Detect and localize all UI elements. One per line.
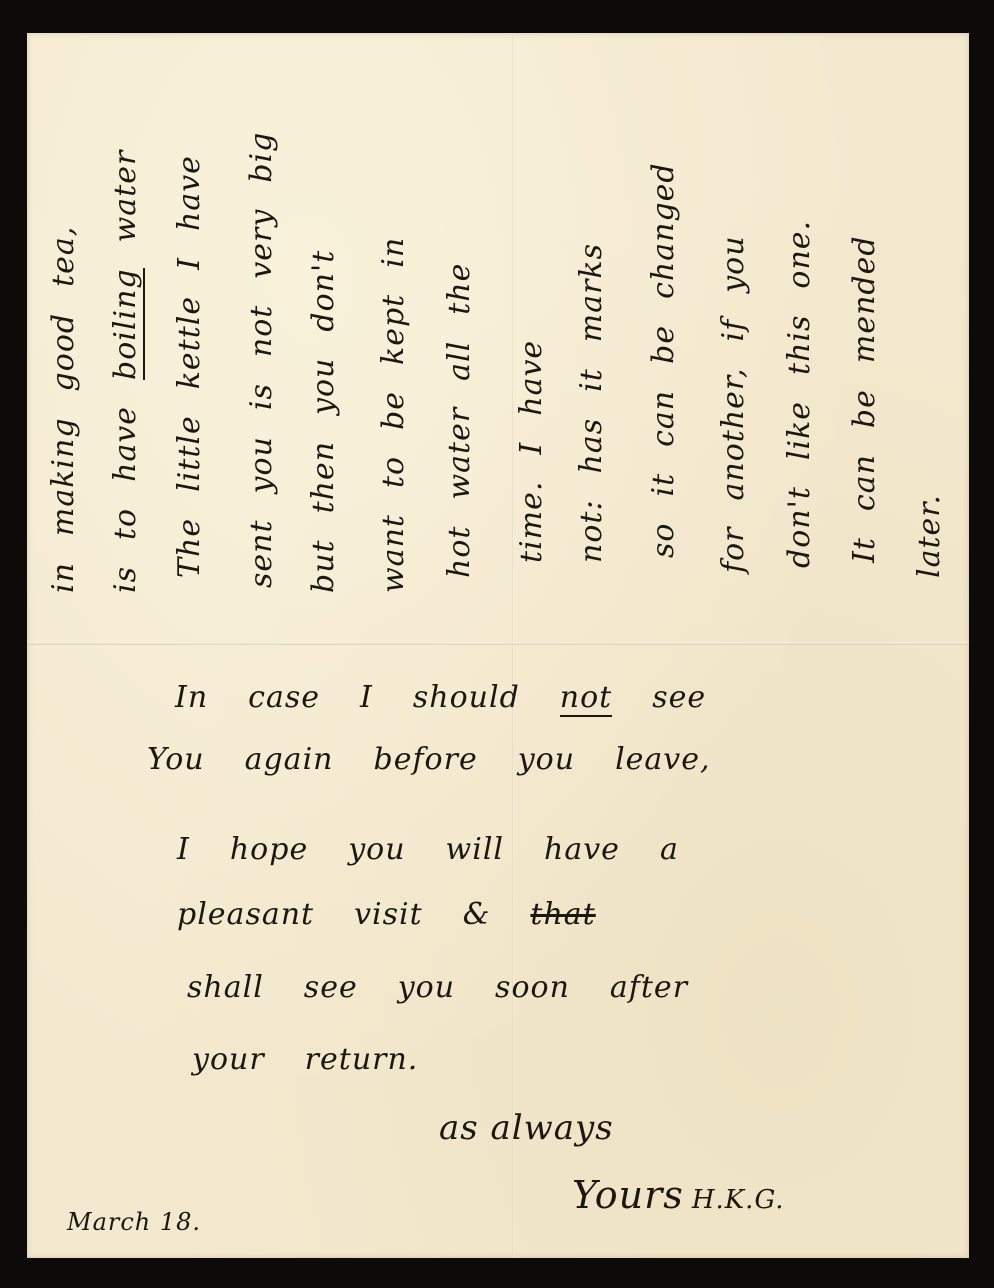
word: can	[847, 454, 882, 511]
rotated-line-9: not:hasitmarks	[577, 217, 607, 563]
horizontal-fold-crease	[27, 642, 969, 645]
letter-date: March 18.	[67, 1208, 201, 1236]
word: but	[306, 539, 341, 593]
word: return.	[305, 1042, 419, 1077]
word: pleasant	[177, 897, 314, 932]
word: marks	[574, 243, 609, 342]
word: will	[446, 832, 504, 867]
word: has	[574, 418, 609, 474]
word: case	[248, 680, 320, 715]
word: big	[244, 132, 279, 183]
word: you	[518, 742, 575, 777]
word: see	[652, 680, 706, 715]
body-line-1: IncaseIshouldnotsee	[175, 681, 746, 715]
word: see	[304, 970, 358, 1005]
struck-word: that	[530, 897, 595, 932]
word: to	[376, 456, 411, 488]
rotated-line-12: don'tlikethisone.	[785, 194, 815, 568]
underlined-word: not	[560, 680, 612, 717]
word: &	[463, 897, 491, 932]
word: I	[172, 257, 207, 270]
word: want	[376, 514, 411, 593]
word: later.	[912, 494, 947, 578]
word: don't	[306, 250, 341, 332]
word: you	[244, 436, 279, 493]
word: I	[360, 680, 373, 715]
word: be	[646, 325, 681, 364]
word: little	[172, 415, 207, 492]
word: can	[646, 390, 681, 447]
rotated-line-1: inmakinggoodtea,	[49, 200, 79, 593]
word: have	[108, 406, 143, 482]
word: one.	[782, 220, 817, 289]
word: I	[177, 832, 190, 867]
rotated-line-11: foranother,ifyou	[719, 209, 749, 573]
word: In	[175, 680, 208, 715]
word: changed	[646, 162, 681, 299]
word: hot	[442, 526, 477, 578]
body-line-3: Ihopeyouwillhavea	[177, 833, 719, 867]
word: all	[442, 341, 477, 381]
word: you	[398, 970, 455, 1005]
word: if	[716, 319, 751, 342]
body-line-4: pleasantvisit&that	[177, 898, 636, 932]
rotated-line-10: soitcanbechanged	[649, 136, 679, 558]
word: water	[442, 407, 477, 500]
word: your	[192, 1042, 265, 1077]
vertical-fold-crease	[512, 33, 514, 1258]
word: so	[646, 523, 681, 558]
rotated-line-14: later.	[915, 468, 945, 578]
word: another,	[716, 368, 751, 501]
word: have	[514, 340, 549, 416]
word: time.	[514, 481, 549, 563]
word: not	[244, 305, 279, 357]
word: it	[574, 368, 609, 392]
word: the	[442, 263, 477, 315]
signature-initials: H.K.G.	[692, 1185, 785, 1215]
rotated-line-4: sentyouisnotverybig	[247, 106, 277, 588]
word: is	[244, 383, 279, 410]
rotated-line-13: Itcanbemended	[850, 209, 880, 563]
word: before	[374, 742, 478, 777]
word: after	[610, 970, 688, 1005]
signature: YoursH.K.G.	[572, 1173, 785, 1217]
word: then	[306, 441, 341, 513]
word: tea,	[46, 226, 81, 287]
word: kept	[376, 294, 411, 365]
word: it	[646, 473, 681, 497]
rotated-line-2: istohaveboilingwater	[111, 124, 141, 593]
word: I	[514, 442, 549, 455]
rotated-line-6: wanttobekeptin	[379, 211, 409, 593]
word: hope	[230, 832, 308, 867]
body-line-5: shallseeyousoonafter	[187, 971, 728, 1005]
word: You	[147, 742, 205, 777]
word: making	[46, 417, 81, 536]
word: for	[716, 526, 751, 573]
word: is	[108, 566, 143, 593]
signature-yours: Yours	[572, 1173, 684, 1217]
rotated-line-8: time.Ihave	[517, 314, 547, 563]
word: very	[244, 209, 279, 279]
body-line-2: Youagainbeforeyouleave,	[147, 743, 751, 777]
word: to	[108, 508, 143, 540]
word: soon	[495, 970, 570, 1005]
word: The	[172, 518, 207, 578]
word: you	[716, 235, 751, 292]
word: not:	[574, 499, 609, 563]
letter-paper: inmakinggoodtea, istohaveboilingwater Th…	[27, 33, 969, 1258]
word: you	[306, 358, 341, 415]
word: visit	[354, 897, 423, 932]
word: shall	[187, 970, 264, 1005]
word: sent	[244, 519, 279, 588]
word: mended	[847, 235, 882, 363]
word: be	[847, 389, 882, 428]
rotated-line-3: ThelittlekettleIhave	[175, 129, 205, 578]
word: should	[413, 680, 520, 715]
word: have	[172, 155, 207, 231]
word: water	[108, 150, 143, 243]
word: don't	[782, 486, 817, 568]
word: you	[348, 832, 405, 867]
word: in	[376, 237, 411, 268]
word: good	[46, 313, 81, 392]
word: like	[782, 401, 817, 460]
rotated-line-7: hotwaterallthe	[445, 237, 475, 578]
closing-as-always: as always	[439, 1108, 614, 1148]
word: have	[544, 832, 620, 867]
word: kettle	[172, 296, 207, 389]
rotated-line-5: butthenyoudon't	[309, 224, 339, 593]
underlined-word: boiling	[108, 268, 145, 380]
word: It	[847, 537, 882, 563]
word: be	[376, 391, 411, 430]
word: leave,	[615, 742, 710, 777]
word: in	[46, 562, 81, 593]
body-line-6: yourreturn.	[192, 1043, 458, 1077]
word: this	[782, 315, 817, 375]
word: a	[660, 832, 679, 867]
word: again	[245, 742, 334, 777]
